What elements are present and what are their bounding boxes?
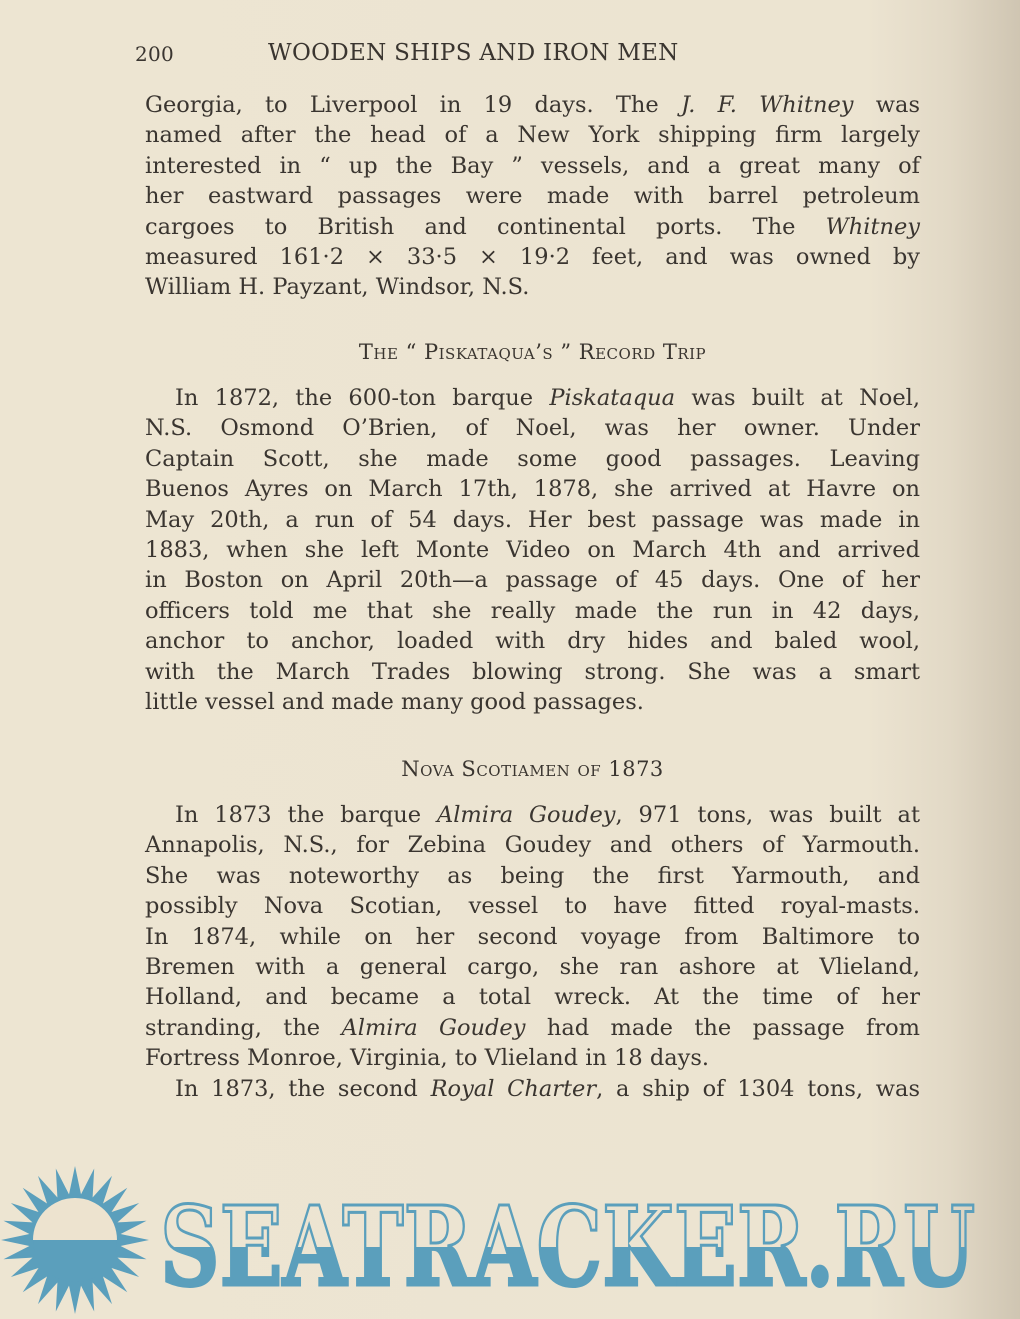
text-line: In 1873 the barque Almira Goudey, 971 to… — [175, 800, 920, 830]
text-line: anchor to anchor, loaded with dry hides … — [145, 626, 920, 656]
text-line: N.S. Osmond O’Brien, of Noel, was her ow… — [145, 413, 920, 443]
text-line: Annapolis, N.S., for Zebina Goudey and o… — [145, 830, 920, 860]
text-line: Captain Scott, she made some good passag… — [145, 444, 920, 474]
text-line: Buenos Ayres on March 17th, 1878, she ar… — [145, 474, 920, 504]
text-line: little vessel and made many good passage… — [145, 687, 920, 717]
text-line: her eastward passages were made with bar… — [145, 181, 920, 211]
text-line: Bremen with a general cargo, she ran ash… — [145, 952, 920, 982]
text-line: In 1874, while on her second voyage from… — [145, 922, 920, 952]
text-line: In 1873, the second Royal Charter, a shi… — [175, 1074, 920, 1104]
text-line: named after the head of a New York shipp… — [145, 120, 920, 150]
text-line: cargoes to British and continental ports… — [145, 212, 920, 242]
text-line: measured 161·2 × 33·5 × 19·2 feet, and w… — [145, 242, 920, 272]
text-line: Fortress Monroe, Virginia, to Vlieland i… — [145, 1043, 920, 1073]
section-heading-nova-scotiamen: Nova Scotiamen of 1873 — [145, 757, 920, 781]
section-heading-piskataqua: The “ Piskataqua’s ” Record Trip — [145, 340, 920, 364]
text-line: with the March Trades blowing strong. Sh… — [145, 657, 920, 687]
text-line: She was noteworthy as being the first Ya… — [145, 861, 920, 891]
text-line: 1883, when she left Monte Video on March… — [145, 535, 920, 565]
running-title: WOODEN SHIPS AND IRON MEN — [268, 40, 679, 66]
text-line: officers told me that she really made th… — [145, 596, 920, 626]
text-line: interested in “ up the Bay ” vessels, an… — [145, 151, 920, 181]
text-line: William H. Payzant, Windsor, N.S. — [145, 272, 920, 302]
text-line: Georgia, to Liverpool in 19 days. The J.… — [145, 90, 920, 120]
text-line: Holland, and became a total wreck. At th… — [145, 982, 920, 1012]
page-number: 200 — [135, 42, 174, 66]
text-line: In 1872, the 600-ton barque Piskataqua w… — [175, 383, 920, 413]
text-line: stranding, the Almira Goudey had made th… — [145, 1013, 920, 1043]
watermark: SEATRACKER.RU SEATRACKER.RU — [0, 1165, 1020, 1315]
text-line: in Boston on April 20th—a passage of 45 … — [145, 565, 920, 595]
text-line: May 20th, a run of 54 days. Her best pas… — [145, 505, 920, 535]
watermark-text: SEATRACKER.RU SEATRACKER.RU — [0, 1165, 1020, 1315]
text-line: possibly Nova Scotian, vessel to have fi… — [145, 891, 920, 921]
